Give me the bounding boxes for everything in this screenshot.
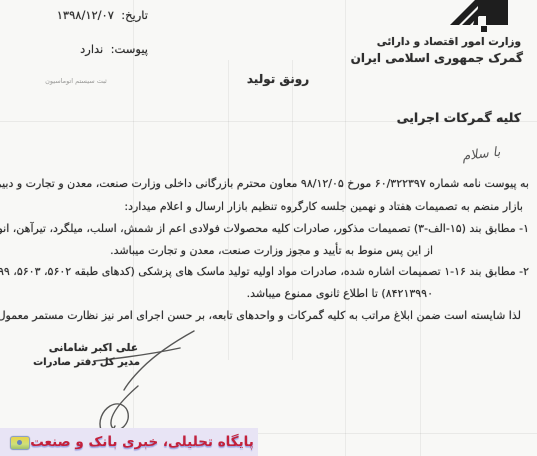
letterhead-organization: گمرک جمهوری اسلامی ایران bbox=[351, 51, 523, 65]
date-label: تاریخ: bbox=[121, 8, 148, 22]
attachment-row: پیوست: ندارد bbox=[10, 42, 148, 56]
body-intro-line-2: بازار منضم به تصمیمات هفتاد و نهمین جلسه… bbox=[124, 198, 523, 215]
banner-logo-icon bbox=[10, 436, 30, 450]
signature-scribble bbox=[82, 328, 202, 440]
scan-fold-line bbox=[420, 250, 421, 456]
scan-fold-line bbox=[258, 433, 537, 434]
body-item2-line-2: ۸۴۲۱۳۹۹۰) تا اطلاع ثانوی ممنوع میباشد. bbox=[247, 285, 433, 302]
body-item1-line-1: ۱- مطابق بند (۱۵-الف-۳) تصمیمات مذکور، ص… bbox=[0, 220, 529, 237]
date-row: تاریخ: ۱۳۹۸/۱۲/۰۷ bbox=[10, 8, 148, 22]
body-item1-line-2: از این پس منوط به تأیید و مجوز وزارت صنع… bbox=[110, 242, 433, 259]
banner-text: پایگاه تحلیلی، خبری بانک و صنعت bbox=[0, 434, 258, 450]
body-item2-line-1: ۲- مطابق بند ۱۶-۱ تصمیمات اشاره شده، صاد… bbox=[0, 263, 529, 280]
scanned-letter-page: وزارت امور اقتصاد و دارائی گمرک جمهوری ا… bbox=[0, 0, 537, 456]
recipient-heading: کلیه گمرکات اجرایی bbox=[397, 110, 521, 125]
attachment-value: ندارد bbox=[80, 42, 103, 56]
year-slogan: رونق تولید bbox=[218, 72, 338, 86]
news-site-banner: پایگاه تحلیلی، خبری بانک و صنعت bbox=[0, 428, 258, 456]
body-intro-line-1: به پیوست نامه شماره ۶۰/۳۲۲۳۹۷ مورخ ۹۸/۱۲… bbox=[0, 175, 529, 192]
date-value: ۱۳۹۸/۱۲/۰۷ bbox=[57, 8, 114, 22]
letterhead-ministry: وزارت امور اقتصاد و دارائی bbox=[377, 36, 521, 48]
handwritten-salutation: با سلام bbox=[461, 145, 501, 165]
attachment-label: پیوست: bbox=[111, 42, 148, 56]
automation-stamp-note: ثبت سیستم اتوماسیون bbox=[30, 77, 122, 85]
customs-emblem-icon bbox=[450, 0, 508, 32]
body-closing-line: لذا شایسته است ضمن ابلاغ مراتب به کلیه گ… bbox=[0, 307, 521, 324]
